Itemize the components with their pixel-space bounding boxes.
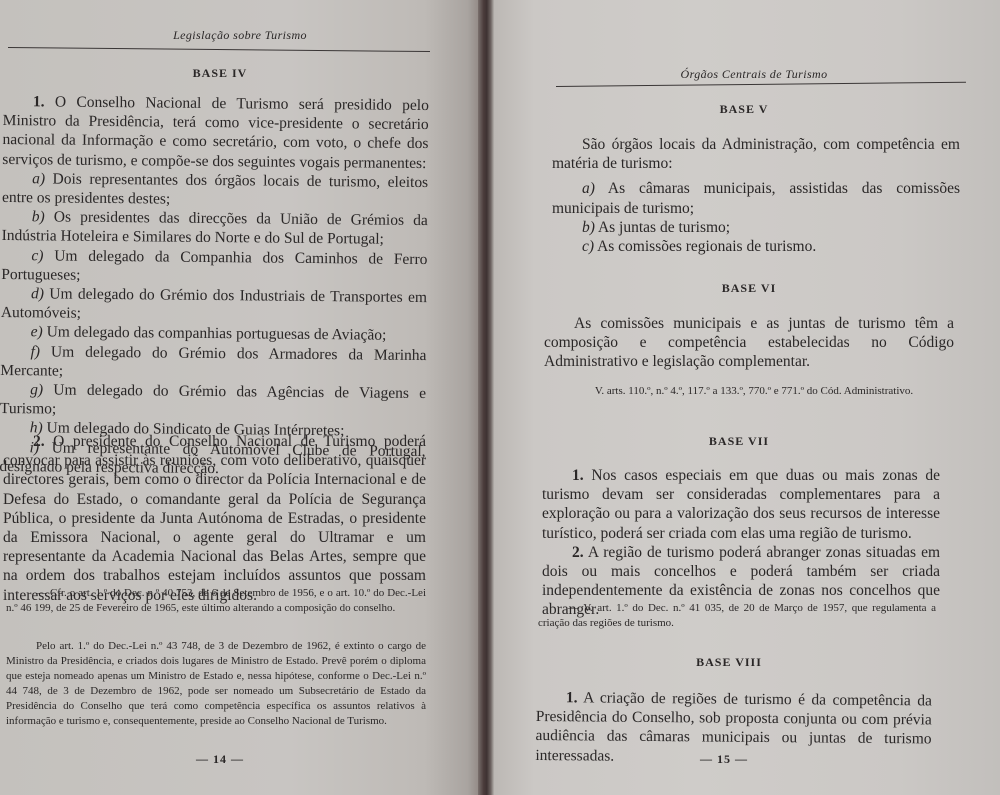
list-item-f: f) Um delegado do Grémio dos Armadores d… — [0, 342, 426, 384]
header-rule-right — [556, 82, 966, 87]
list-item-d: d) Um delegado do Grémio dos Industriais… — [1, 284, 427, 326]
footnote-1: — Cfr. o art. 1.º do Dec. n.º 40 753, de… — [6, 586, 426, 616]
page-number-right: — 15 — — [674, 752, 774, 767]
footnote-2: Pelo art. 1.º do Dec.-Lei n.º 43 748, de… — [6, 639, 426, 729]
section-title-base-viii: BASE VIII — [629, 655, 829, 670]
base-vii-body: 1. Nos casos especiais em que duas ou ma… — [542, 466, 940, 620]
left-page: Legislação sobre Turismo BASE IV 1. O Co… — [0, 0, 482, 795]
list-item-c: c) As comissões regionais de turismo. — [552, 237, 960, 256]
header-rule-left — [8, 47, 430, 52]
list-item-g: g) Um delegado do Grémio das Agências de… — [0, 380, 426, 422]
base-iv-paragraph-2: 2. O presidente do Conselho Nacional de … — [3, 432, 426, 605]
base-vii-note: — V. art. 1.º do Dec. n.º 41 035, de 20 … — [538, 601, 936, 631]
page-number-left: — 14 — — [170, 752, 270, 767]
base-iv-body: 1. O Conselho Nacional de Turismo será p… — [0, 92, 429, 480]
section-title-base-v: BASE V — [644, 102, 844, 117]
list-item-c: c) Um delegado da Companhia dos Caminhos… — [1, 246, 427, 288]
section-title-base-vi: BASE VI — [649, 281, 849, 296]
book-spine — [478, 0, 494, 795]
base-vi-body: As comissões municipais e as juntas de t… — [544, 314, 954, 372]
paragraph-1: 1. O Conselho Nacional de Turismo será p… — [2, 92, 429, 173]
running-head-left: Legislação sobre Turismo — [100, 28, 380, 43]
list-item-a: a) Dois representantes dos órgãos locais… — [2, 169, 428, 211]
right-page: Órgãos Centrais de Turismo BASE V São ór… — [494, 0, 1000, 795]
list-item-b: b) As juntas de turismo; — [552, 218, 960, 237]
list-item-b: b) Os presidentes das direcções da União… — [2, 207, 428, 249]
base-vi-note: V. arts. 110.º, n.º 4.º, 117.º a 133.º, … — [544, 384, 964, 399]
section-title-base-vii: BASE VII — [639, 434, 839, 449]
list-item-a: a) As câmaras municipais, assistidas das… — [552, 179, 960, 217]
base-v-body: São órgãos locais da Administração, com … — [552, 135, 960, 256]
section-title-base-iv: BASE IV — [120, 66, 320, 81]
running-head-right: Órgãos Centrais de Turismo — [624, 67, 884, 82]
